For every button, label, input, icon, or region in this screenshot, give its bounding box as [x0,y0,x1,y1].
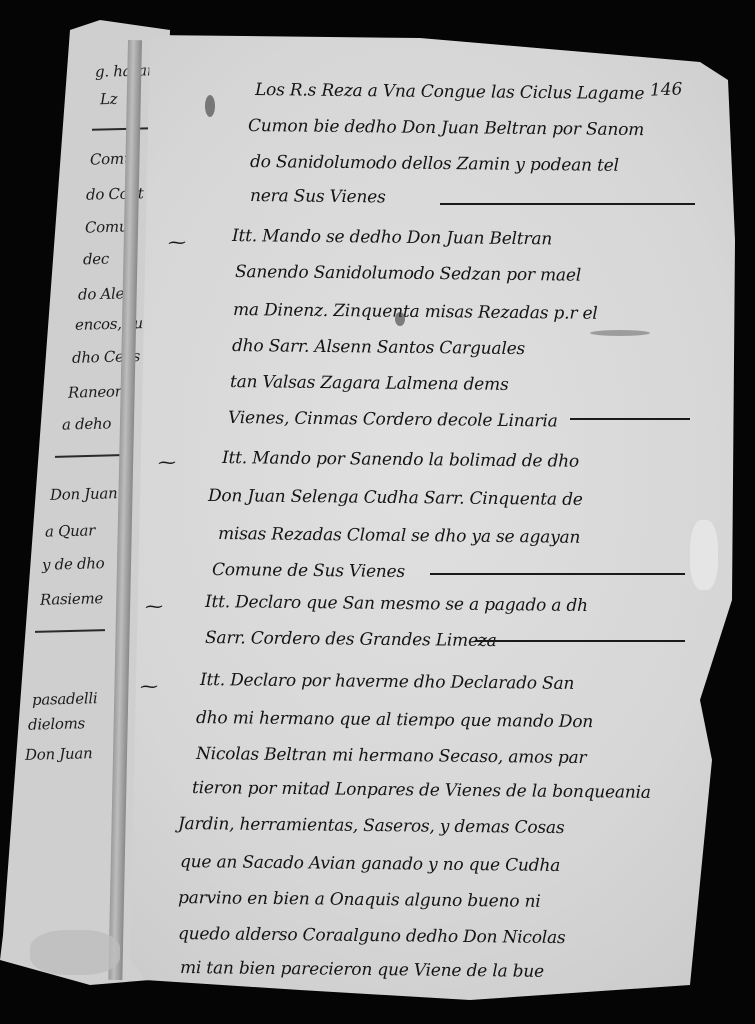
back-page-line: a deho [62,414,112,433]
back-page-line: a Quar [45,521,95,540]
back-page-line: pasadelli [32,689,98,709]
back-page-line: Don Juan [25,744,93,764]
text-line: dho Sarr. Alsenn Santos Carguales [232,336,525,359]
back-page-line: do Ale [78,284,125,303]
ink-blot [395,312,405,326]
text-line: Itt. Declaro que San mesmo se a pagado a… [205,592,588,616]
text-line: Jardin, herramientas, Saseros, y demas C… [178,814,565,838]
text-line: do Sanidolumodo dellos Zamin y podean te… [250,152,619,176]
line-filler-rule [440,203,695,205]
margin-flourish: ⁓ [158,452,176,473]
text-line: Los R.s Reza a Vna Congue las Ciclus Lag… [255,80,645,104]
back-page-rule [92,127,152,131]
text-line: Sanendo Sanidolumodo Sedzan por mael [235,262,581,286]
text-line: misas Rezadas Clomal se dho ya se agayan [218,524,580,548]
margin-flourish: ⁓ [140,676,158,697]
text-line: quedo alderso Coraalguno dedho Don Nicol… [178,924,566,948]
back-page-line: Comu [85,217,129,236]
margin-flourish: ⁓ [168,232,186,253]
text-line: ma Dinenz. Zinquenta misas Rezadas p.r e… [233,300,598,324]
back-page-line: dieloms [28,714,85,733]
back-page-line: y de dho [42,554,105,574]
text-line: nera Sus Vienes [250,186,386,207]
back-page-line: Don Juan [50,484,118,504]
paper-damage [690,520,718,590]
ink-blot [200,995,208,1003]
back-page-line: Rasieme [40,589,103,609]
line-filler-rule [430,573,685,575]
back-page-rule [55,454,120,458]
back-page-line: dec [83,250,109,269]
paper-damage [30,930,120,975]
text-line: Don Juan Selenga Cudha Sarr. Cinquenta d… [208,486,583,510]
text-line: Itt. Declaro por haverme dho Declarado S… [200,670,574,694]
line-filler-rule [475,640,685,642]
text-line: mi tan bien parecieron que Viene de la b… [180,958,544,982]
text-line: tieron por mitad Lonpares de Vienes de l… [192,778,651,803]
text-line: Sarr. Cordero des Grandes Limeza [205,628,497,651]
text-line: tan Valsas Zagara Lalmena dems [230,372,509,395]
margin-flourish: ⁓ [145,596,163,617]
back-page-rule [35,629,105,633]
text-line: que an Sacado Avian ganado y no que Cudh… [180,852,560,876]
text-line: Nicolas Beltran mi hermano Secaso, amos … [196,744,587,768]
text-line: dho mi hermano que al tiempo que mando D… [196,708,593,732]
text-line: Vienes, Cinmas Cordero decole Linaria [228,408,558,431]
ink-smear [590,330,650,336]
text-line: Itt. Mando por Sanendo la bolimad de dho [222,448,579,472]
line-filler-rule [570,418,690,420]
folio-number: 146 [650,79,683,100]
text-line: Itt. Mando se dedho Don Juan Beltran [232,226,552,249]
text-line: Comune de Sus Vienes [212,560,405,582]
back-page-line: Lz [100,90,118,108]
text-line: parvino en bien a Onaquis alguno bueno n… [178,888,541,912]
ink-blot [205,95,215,117]
back-page-line: Raneon [68,382,124,401]
back-page-line: g. haran [95,61,157,81]
text-line: Cumon bie dedho Don Juan Beltran por San… [248,116,644,140]
